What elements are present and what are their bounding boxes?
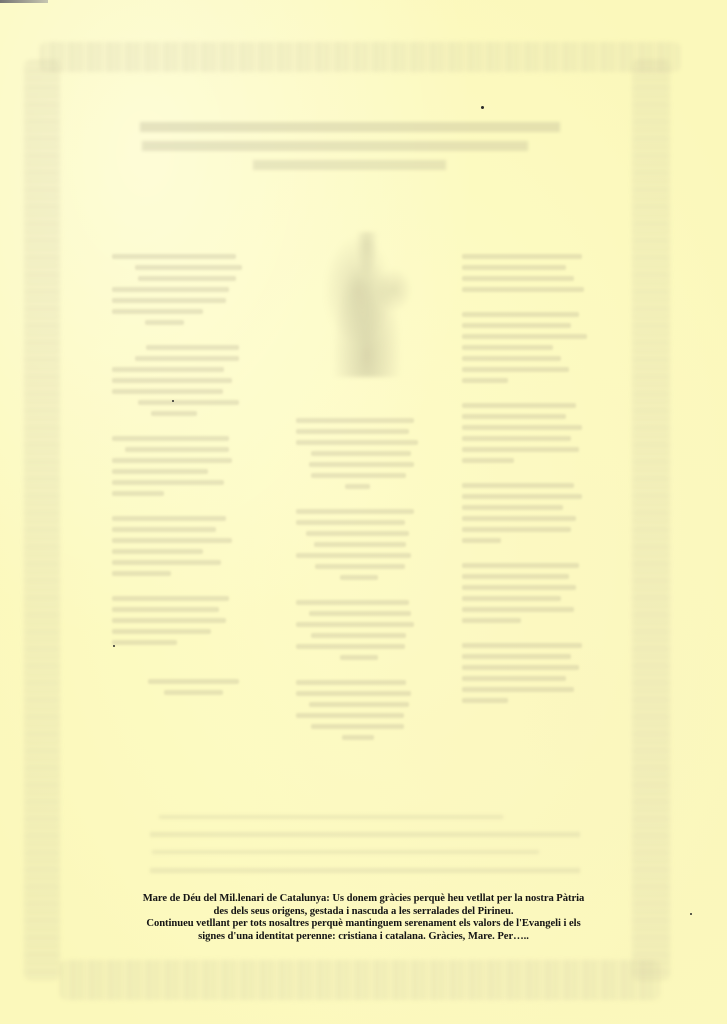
scanned-page: Mare de Déu del Mil.lenari de Catalunya:… [0,0,727,1024]
bleedthrough-border-right [632,60,670,980]
bleedthrough-column-right [462,254,592,709]
bleedthrough-title [140,122,560,170]
dust-speck [113,645,115,647]
caption-line-1: Mare de Déu del Mil.lenari de Catalunya:… [100,893,627,906]
dust-speck [172,400,174,402]
caption-line-4: signes d'una identitat perenne: cristian… [100,931,627,944]
caption-prayer-text: Mare de Déu del Mil.lenari de Catalunya:… [100,893,627,943]
scan-edge-mark [0,0,48,3]
bleedthrough-border-bottom [60,960,660,1000]
caption-line-2: des dels seus origens, gestada i nascuda… [100,906,627,919]
bleedthrough-border-left [24,60,60,980]
bleedthrough-column-left [112,254,242,701]
bleedthrough-column-center [296,418,424,746]
bleedthrough-footer [150,810,580,880]
bleedthrough-border-top [40,42,680,72]
dust-speck [690,913,692,915]
bleedthrough-figure [322,232,412,377]
caption-line-3: Continueu vetllant per tots nosaltres pe… [100,918,627,931]
dust-speck [481,106,484,109]
